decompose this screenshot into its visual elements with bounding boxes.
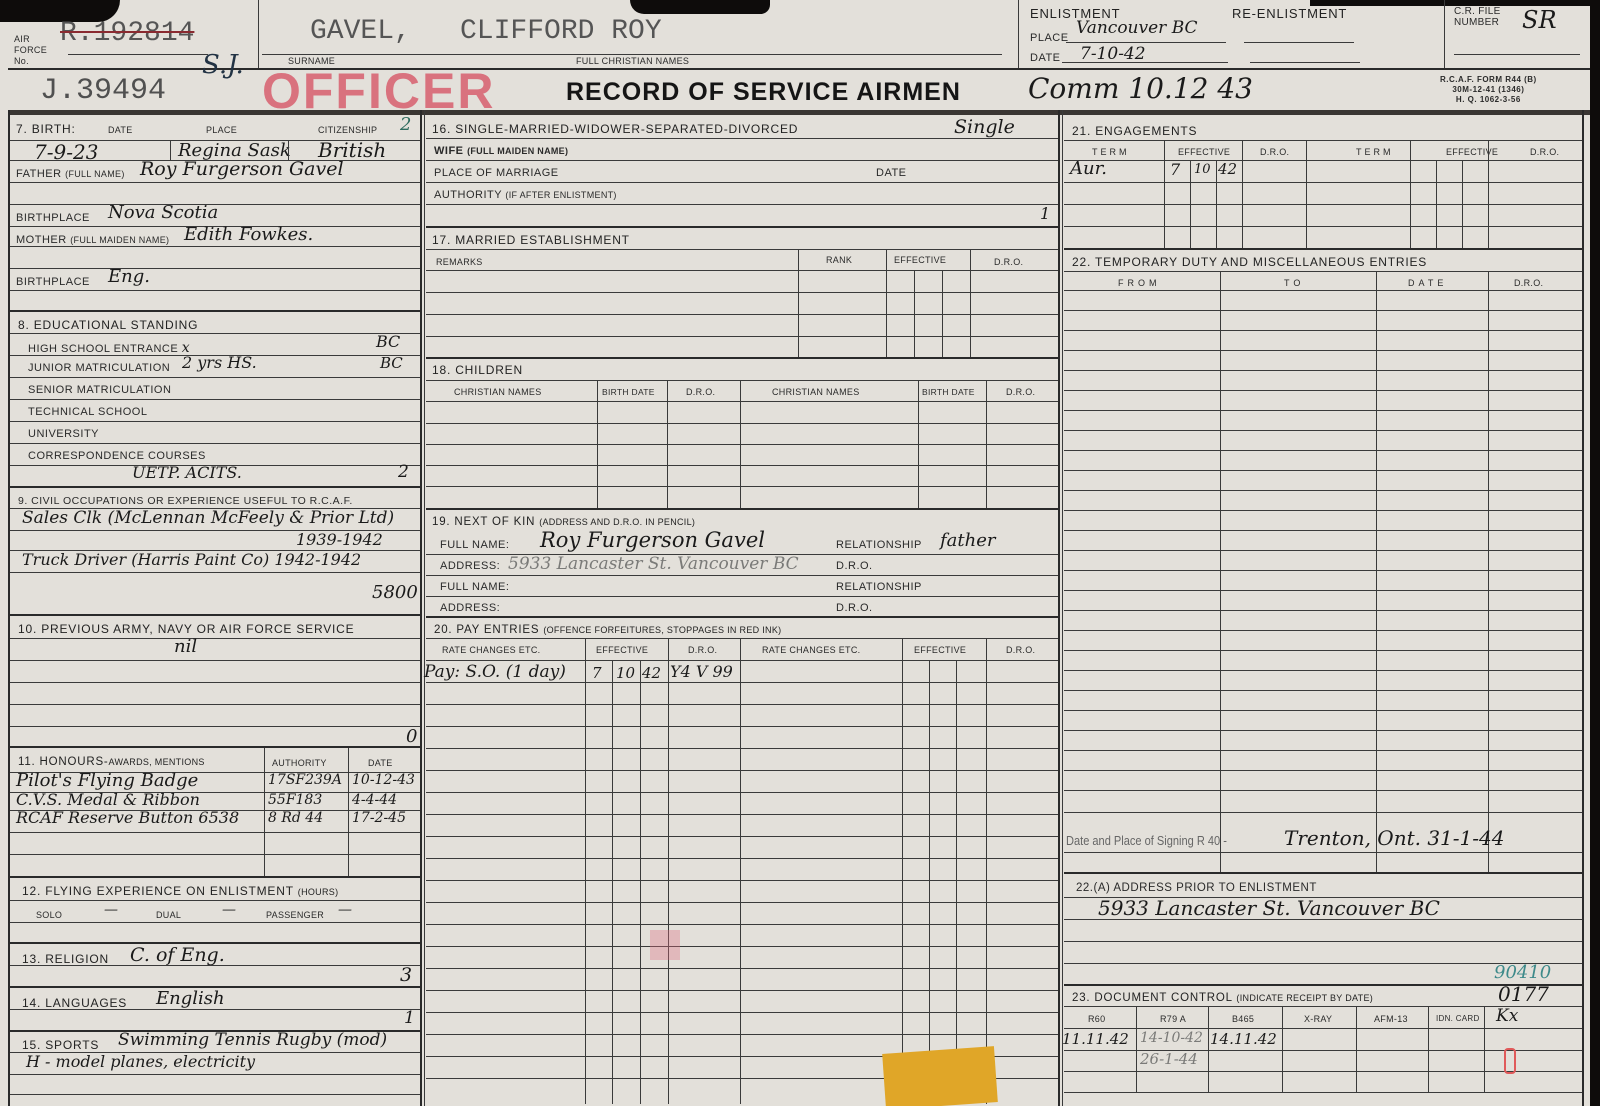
kin-address: 5933 Lancaster St. Vancouver BC xyxy=(508,554,799,574)
surname-typed: GAVEL, xyxy=(310,16,411,47)
child-birthdate-header: BIRTH DATE xyxy=(922,387,975,397)
engagement-month: 10 xyxy=(1194,162,1211,177)
header-rule xyxy=(8,110,1590,115)
section-20-title: 20. PAY ENTRIES (OFFENCE FORFEITURES, ST… xyxy=(434,624,781,636)
mother-birthplace: Eng. xyxy=(108,266,150,287)
file-note-code: 0177 xyxy=(1498,982,1549,1006)
section-21-title: 21. ENGAGEMENTS xyxy=(1072,124,1197,138)
section-12-title: 12. FLYING EXPERIENCE ON ENLISTMENT (HOU… xyxy=(22,884,338,898)
kin-relationship: father xyxy=(940,530,995,551)
section-19-title: 19. NEXT OF KIN (ADDRESS AND D.R.O. IN P… xyxy=(432,516,695,528)
section-15-title: 15. SPORTS xyxy=(22,1038,99,1052)
occupation-1-years: 1939-1942 xyxy=(296,530,383,549)
pay-effective-header: EFFECTIVE xyxy=(596,645,648,655)
engagement-year: 42 xyxy=(1218,160,1237,178)
honour-authority: 17SF239A xyxy=(268,772,342,788)
reenlistment-label: RE-ENLISTMENT xyxy=(1232,6,1347,21)
honour-date: 4-4-44 xyxy=(352,792,397,808)
r40-signing-value: Trenton, Ont. 31-1-44 xyxy=(1284,826,1504,850)
passenger-label: PASSENGER xyxy=(266,910,324,920)
education-province: BC xyxy=(380,354,403,372)
service-record-form: AIR FORCE No. R.192814 GAVEL, CLIFFORD R… xyxy=(0,0,1590,1106)
kin-dro-label: D.R.O. xyxy=(836,560,873,572)
citizenship-label: CITIZENSHIP xyxy=(318,125,377,135)
section-10-title: 10. PREVIOUS ARMY, NAVY OR AIR FORCE SER… xyxy=(18,622,354,636)
red-ink-smudge xyxy=(650,930,680,960)
father-name: Roy Furgerson Gavel xyxy=(140,158,344,180)
education-province: BC xyxy=(376,332,400,351)
effective-header: EFFECTIVE xyxy=(894,255,946,265)
mother-label: MOTHER (FULL MAIDEN NAME) xyxy=(16,234,169,246)
pay-dro-header: D.R.O. xyxy=(1006,645,1035,655)
date-label: DATE xyxy=(1030,52,1061,64)
birth-place-label: PLACE xyxy=(206,125,237,135)
section-22-title: 22. TEMPORARY DUTY AND MISCELLANEOUS ENT… xyxy=(1072,255,1427,269)
hobbies: H - model planes, electricity xyxy=(26,1052,255,1071)
languages-code: 1 xyxy=(404,1008,415,1028)
page-edge xyxy=(1590,0,1600,1106)
doc-r79a-date-2: 26-1-44 xyxy=(1140,1050,1198,1068)
education-code: 2 xyxy=(398,462,409,482)
dro-header: D.R.O. xyxy=(1530,147,1559,157)
kin-full-name: Roy Furgerson Gavel xyxy=(540,528,765,552)
section-7-title: 7. BIRTH: xyxy=(16,122,76,136)
child-names-header: CHRISTIAN NAMES xyxy=(454,387,542,397)
place-of-marriage-label: PLACE OF MARRIAGE xyxy=(434,167,559,179)
kin2-dro-label: D.R.O. xyxy=(836,602,873,614)
birth-date-label: DATE xyxy=(108,125,133,135)
section-18-title: 18. CHILDREN xyxy=(432,363,523,377)
honour-date: 10-12-43 xyxy=(352,772,415,788)
torn-edge xyxy=(630,0,770,14)
pay-effective-year: 42 xyxy=(642,664,661,682)
term-header: TERM xyxy=(1092,147,1130,157)
authority-header: AUTHORITY xyxy=(272,758,327,768)
religion-code: 3 xyxy=(400,964,412,986)
pay-dro-header: D.R.O. xyxy=(688,645,717,655)
mother-name: Edith Fowkes. xyxy=(184,224,313,245)
education-row: SENIOR MATRICULATION xyxy=(28,384,171,396)
kin-full-name-label: FULL NAME: xyxy=(440,539,509,551)
father-label: FATHER (FULL NAME) xyxy=(16,168,125,180)
pay-rate: Pay: S.O. (1 day) xyxy=(424,662,566,682)
doc-r79a-header: R79 A xyxy=(1160,1014,1186,1024)
engagement-day: 7 xyxy=(1170,160,1180,179)
struck-service-number: R.192814 xyxy=(60,18,194,49)
kin2-full-name-label: FULL NAME: xyxy=(440,581,509,593)
commission-note: Comm 10.12 43 xyxy=(1028,72,1253,105)
child-dro-header: D.R.O. xyxy=(1006,387,1035,397)
engagement-term: Aur. xyxy=(1070,158,1107,179)
child-birthdate-header: BIRTH DATE xyxy=(602,387,655,397)
to-header: TO xyxy=(1284,278,1304,288)
passenger-hours: — xyxy=(338,902,352,918)
honour-award: Pilot's Flying Badge xyxy=(16,770,198,791)
effective-header: EFFECTIVE xyxy=(1446,147,1498,157)
pay-effective-month: 10 xyxy=(616,664,635,682)
section-17-title: 17. MARRIED ESTABLISHMENT xyxy=(432,233,630,247)
education-row: HIGH SCHOOL ENTRANCE x xyxy=(28,340,190,356)
air-force-no-label: AIR FORCE No. xyxy=(14,34,54,67)
dual-hours: — xyxy=(222,902,236,918)
cr-file-value: SR xyxy=(1522,6,1557,34)
rank-header: RANK xyxy=(826,255,852,265)
doc-r60-date: 11.11.42 xyxy=(1062,1030,1129,1048)
kin-address-label: ADDRESS: xyxy=(440,560,500,572)
from-header: FROM xyxy=(1118,278,1161,288)
wife-label: WIFE (FULL MAIDEN NAME) xyxy=(434,145,568,157)
dual-label: DUAL xyxy=(156,910,181,920)
form-title: RECORD OF SERVICE AIRMEN xyxy=(566,78,961,107)
doc-r79a-date: 14-10-42 xyxy=(1140,1030,1203,1046)
red-mark xyxy=(1504,1048,1516,1074)
education-row: TECHNICAL SCHOOL xyxy=(28,406,147,418)
doc-xray-header: X-RAY xyxy=(1304,1014,1332,1024)
child-dro-header: D.R.O. xyxy=(686,387,715,397)
pay-rate-header: RATE CHANGES ETC. xyxy=(442,645,540,655)
christian-names-label: FULL CHRISTIAN NAMES xyxy=(576,56,689,66)
address-prior-enlistment: 5933 Lancaster St. Vancouver BC xyxy=(1098,896,1440,920)
occupation-1: Sales Clk (McLennan McFeely & Prior Ltd) xyxy=(22,508,394,528)
previous-service-code: 0 xyxy=(406,726,417,747)
kin2-address-label: ADDRESS: xyxy=(440,602,500,614)
education-row: JUNIOR MATRICULATION xyxy=(28,362,170,374)
marriage-date-label: DATE xyxy=(876,167,907,179)
section-22a-title: 22.(A) ADDRESS PRIOR TO ENLISTMENT xyxy=(1076,882,1317,894)
solo-label: SOLO xyxy=(36,910,62,920)
file-note-number: 90410 xyxy=(1494,962,1551,983)
education-row: CORRESPONDENCE COURSES xyxy=(28,450,206,462)
father-birthplace-label: BIRTHPLACE xyxy=(16,212,90,224)
tape-piece xyxy=(882,1046,998,1106)
kin-relationship-label: RELATIONSHIP xyxy=(836,539,922,551)
dro-header: D.R.O. xyxy=(1514,278,1543,288)
initials: S.J. xyxy=(202,50,244,80)
section-11-title: 11. HONOURS-AWARDS, MENTIONS xyxy=(18,756,205,768)
kin2-relationship-label: RELATIONSHIP xyxy=(836,581,922,593)
remarks-header: REMARKS xyxy=(436,257,483,267)
solo-hours: — xyxy=(104,902,118,918)
pay-rate-header: RATE CHANGES ETC. xyxy=(762,645,860,655)
child-names-header: CHRISTIAN NAMES xyxy=(772,387,860,397)
education-row: UNIVERSITY xyxy=(28,428,99,440)
honour-authority: 55F183 xyxy=(268,792,322,808)
previous-service: nil xyxy=(174,636,197,657)
doc-afm13-header: AFM-13 xyxy=(1374,1014,1408,1024)
term-header: TERM xyxy=(1356,147,1394,157)
section-13-title: 13. RELIGION xyxy=(22,952,109,966)
mother-birthplace-label: BIRTHPLACE xyxy=(16,276,90,288)
occupation-code: 5800 xyxy=(372,582,418,603)
section-9-title: 9. CIVIL OCCUPATIONS OR EXPERIENCE USEFU… xyxy=(18,495,353,507)
effective-header: EFFECTIVE xyxy=(1178,147,1230,157)
section-16-title: 16. SINGLE-MARRIED-WIDOWER-SEPARATED-DIV… xyxy=(432,122,798,136)
sports: Swimming Tennis Rugby (mod) xyxy=(118,1030,387,1050)
pay-dro: Y4 V 99 xyxy=(670,662,733,681)
doc-b465-header: B465 xyxy=(1232,1014,1254,1024)
honour-award: C.V.S. Medal & Ribbon xyxy=(16,790,200,809)
occupation-2: Truck Driver (Harris Paint Co) 1942-1942 xyxy=(22,550,361,569)
pay-effective-day: 7 xyxy=(592,664,602,682)
section-23-title: 23. DOCUMENT CONTROL (INDICATE RECEIPT B… xyxy=(1072,992,1373,1004)
place-label: PLACE xyxy=(1030,32,1069,44)
section-8-title: 8. EDUCATIONAL STANDING xyxy=(18,318,198,332)
languages: English xyxy=(156,988,225,1009)
dro-header: D.R.O. xyxy=(1260,147,1289,157)
form-identifier: R.C.A.F. FORM R44 (B)30M-12-41 (1346)H. … xyxy=(1440,75,1537,105)
date-header: DATE xyxy=(1408,278,1447,288)
religion: C. of Eng. xyxy=(130,944,225,966)
pay-effective-header: EFFECTIVE xyxy=(914,645,966,655)
marital-status: Single xyxy=(954,116,1015,138)
enlistment-place: Vancouver BC xyxy=(1076,18,1198,38)
education-value: 2 yrs HS. xyxy=(182,353,257,372)
doc-b465-date: 14.11.42 xyxy=(1210,1030,1277,1048)
dro-header: D.R.O. xyxy=(994,257,1023,267)
r40-signing-label: Date and Place of Signing R 40 - xyxy=(1066,833,1227,848)
father-birthplace: Nova Scotia xyxy=(108,202,218,223)
enlistment-date: 7-10-42 xyxy=(1080,44,1146,64)
christian-names-typed: CLIFFORD ROY xyxy=(460,16,662,47)
section-14-title: 14. LANGUAGES xyxy=(22,996,127,1010)
cr-file-label: C.R. FILE NUMBER xyxy=(1454,6,1524,28)
doc-r60-header: R60 xyxy=(1088,1014,1105,1024)
date-header: DATE xyxy=(368,758,393,768)
education-extra: UETP. ACITS. xyxy=(132,463,242,482)
doc-idn-card-header: IDN. CARD xyxy=(1436,1014,1480,1023)
citizenship-code: 2 xyxy=(400,114,411,135)
officer-number: J.39494 xyxy=(40,74,166,108)
authority-label: AUTHORITY (IF AFTER ENLISTMENT) xyxy=(434,189,617,201)
honour-authority: 8 Rd 44 xyxy=(268,810,323,826)
honour-date: 17-2-45 xyxy=(352,810,406,826)
doc-extra-header: Kx xyxy=(1496,1006,1518,1026)
honour-award: RCAF Reserve Button 6538 xyxy=(16,808,239,827)
marital-code: 1 xyxy=(1040,204,1050,223)
